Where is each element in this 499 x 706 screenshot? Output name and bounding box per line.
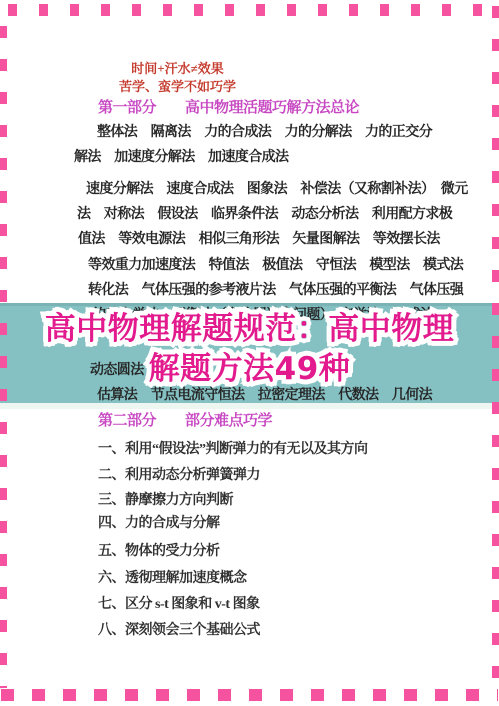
- body-line: 转化法 气体压强的参考液片法 气体压强的平衡法 气体压强: [88, 279, 463, 299]
- banner-line-2: 解题方法49种: [0, 349, 499, 389]
- body-line: 解法 加速度分解法 加速度合成法: [74, 146, 288, 166]
- body-line: 整体法 隔离法 力的合成法 力的分解法 力的正交分: [97, 121, 432, 141]
- banner-text: 高中物理解题规范：高中物理 解题方法49种: [0, 309, 499, 389]
- list-item-1: 一、利用“假设法”判断弹力的有无以及其方向: [98, 438, 368, 458]
- section1-title: 第一部分 高中物理活题巧解方法总论: [98, 96, 359, 117]
- list-item-4: 四、力的合成与分解: [98, 512, 220, 532]
- list-item-8: 八、深刻领会三个基础公式: [98, 619, 260, 639]
- list-item-3: 三、静摩擦力方向判断: [98, 489, 233, 509]
- document-page: 时间+汗水≠效果 苦学、蛮学不如巧学 第一部分 高中物理活题巧解方法总论 整体法…: [0, 0, 499, 706]
- list-item-2: 二、利用动态分析弹簧弹力: [98, 464, 260, 484]
- list-item-5: 五、物体的受力分析: [98, 540, 220, 560]
- body-line: 值法 等效电源法 相似三角形法 矢量图解法 等效摆长法: [78, 228, 440, 248]
- body-line: 等效重力加速度法 特值法 极值法 守恒法 模型法 模式法: [88, 254, 463, 274]
- section2-title: 第二部分 部分难点巧学: [98, 409, 272, 430]
- banner-line-1: 高中物理解题规范：高中物理: [0, 309, 499, 349]
- dashed-border-bottom: [1, 689, 498, 701]
- motto-line-2: 苦学、蛮学不如巧学: [60, 76, 295, 95]
- motto-line-1: 时间+汗水≠效果: [60, 58, 295, 77]
- list-item-7: 七、区分 s-t 图象和 v-t 图象: [98, 593, 260, 613]
- dashed-border-top: [8, 4, 495, 16]
- body-line: 法 对称法 假设法 临界条件法 动态分析法 利用配方求极: [77, 203, 452, 223]
- list-item-6: 六、透彻理解加速度概念: [98, 567, 247, 587]
- body-line: 速度分解法 速度合成法 图象法 补偿法（又称割补法） 微元: [86, 178, 468, 198]
